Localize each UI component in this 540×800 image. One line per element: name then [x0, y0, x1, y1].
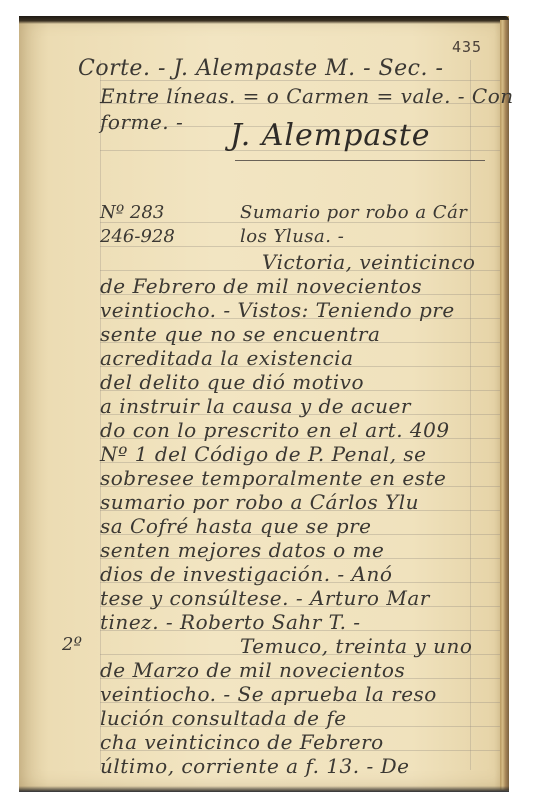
- body-line: tinez. - Roberto Sahr T. -: [100, 610, 361, 634]
- appeal-line: veintiocho. - Se aprueba la reso: [100, 682, 437, 706]
- body-line: de Febrero de mil novecientos: [100, 274, 422, 298]
- header-line: Corte. - J. Alempaste M. - Sec. -: [78, 56, 443, 81]
- right-margin-rule: [470, 60, 471, 770]
- body-line: sumario por robo a Cárlos Ylu: [100, 490, 419, 514]
- page-number: 435: [452, 38, 482, 56]
- body-line: senten mejores datos o me: [100, 538, 384, 562]
- entry-number: Nº 283: [100, 202, 164, 223]
- body-line: tese y consúltese. - Arturo Mar: [100, 586, 430, 610]
- header-line: forme. -: [100, 110, 183, 134]
- body-line: sobresee temporalmente en este: [100, 466, 446, 490]
- appeal-line: Temuco, treinta y uno: [240, 634, 472, 658]
- body-line: acreditada la existencia: [100, 346, 354, 370]
- appeal-line: de Marzo de mil novecientos: [100, 658, 405, 682]
- body-line: sa Cofré hasta que se pre: [100, 514, 371, 538]
- book-bottom-edge: [19, 786, 509, 792]
- body-line: del delito que dió motivo: [100, 370, 364, 394]
- entry-reference: 246-928: [100, 226, 175, 247]
- body-line: veintiocho. - Vistos: Teniendo pre: [100, 298, 455, 322]
- appeal-line: cha veinticinco de Febrero: [100, 730, 384, 754]
- book-top-edge: [19, 16, 509, 24]
- judge-signature: J. Alempaste: [230, 118, 431, 153]
- appeal-line: lución consultada de fe: [100, 706, 347, 730]
- book-page-stack-edge: [500, 20, 509, 790]
- body-line: sente que no se encuentra: [100, 322, 380, 346]
- body-line: dios de investigación. - Anó: [100, 562, 392, 586]
- body-line: Nº 1 del Código de P. Penal, se: [100, 442, 427, 466]
- body-line: a instruir la causa y de acuer: [100, 394, 411, 418]
- margin-note-second: 2º: [62, 634, 82, 655]
- header-line: Entre líneas. = o Carmen = vale. - Con: [100, 84, 514, 108]
- body-line: Victoria, veinticinco: [262, 250, 475, 274]
- signature-underline: [235, 160, 485, 161]
- entry-title-line: Sumario por robo a Cár: [240, 202, 467, 223]
- body-line: do con lo prescrito en el art. 409: [100, 418, 450, 442]
- entry-title-line: los Ylusa. -: [240, 226, 344, 247]
- appeal-line: último, corriente a f. 13. - De: [100, 754, 409, 778]
